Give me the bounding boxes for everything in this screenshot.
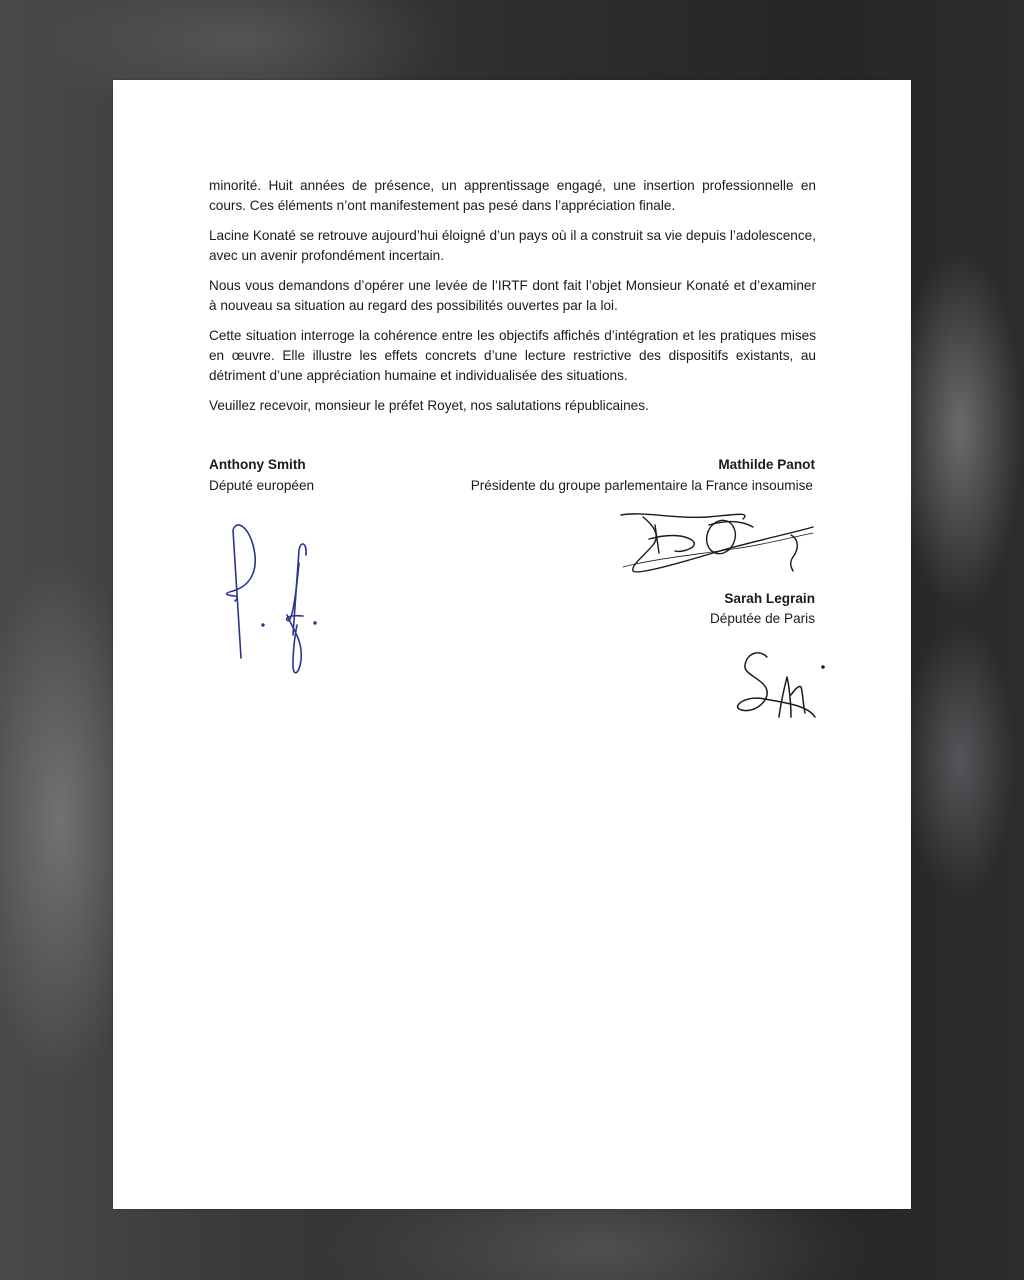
letter-body: minorité. Huit années de présence, un ap…	[209, 176, 816, 426]
signatory-role: Député européen	[209, 478, 314, 493]
closing-salutation: Veuillez recevoir, monsieur le préfet Ro…	[209, 396, 816, 416]
signatory-name-legrain: Sarah Legrain	[724, 591, 815, 606]
paragraph-4: Cette situation interroge la cohérence e…	[209, 326, 816, 386]
signatory-role-panot: Présidente du groupe parlementaire la Fr…	[471, 478, 813, 493]
signature-smith	[213, 515, 333, 685]
signature-panot	[613, 505, 818, 585]
paragraph-3: Nous vous demandons d’opérer une levée d…	[209, 276, 816, 316]
signatory-role-legrain: Députée de Paris	[710, 611, 815, 626]
paragraph-1: minorité. Huit années de présence, un ap…	[209, 176, 816, 216]
letter-page: minorité. Huit années de présence, un ap…	[113, 80, 911, 1209]
signature-legrain	[725, 645, 830, 730]
signatory-name: Anthony Smith	[209, 457, 306, 472]
signatory-name-panot: Mathilde Panot	[718, 457, 815, 472]
paragraph-2: Lacine Konaté se retrouve aujourd’hui él…	[209, 226, 816, 266]
